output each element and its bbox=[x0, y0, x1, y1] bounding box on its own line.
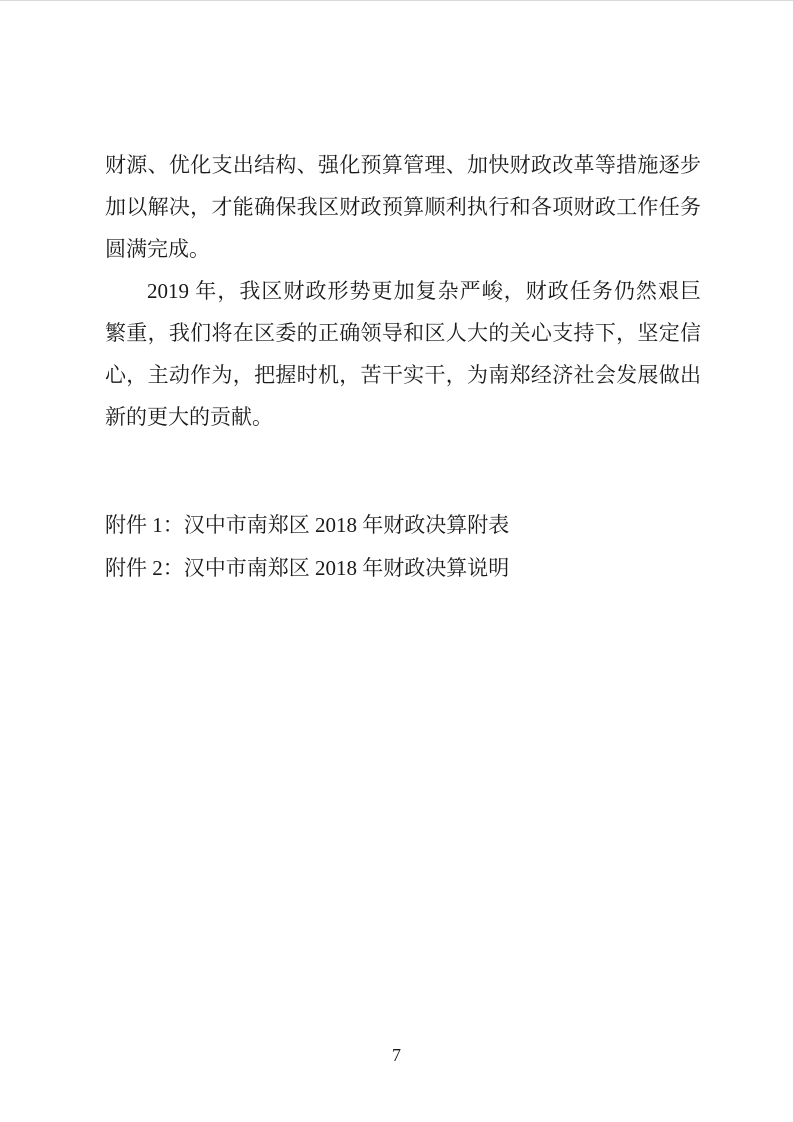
paragraph-1-line-1: 财源、优化支出结构、强化预算管理、加快财政改革等措施逐步 bbox=[105, 144, 701, 186]
body-text: 财源、优化支出结构、强化预算管理、加快财政改革等措施逐步 加以解决，才能确保我区… bbox=[105, 144, 701, 438]
paragraph-2: 2019 年，我区财政形势更加复杂严峻，财政任务仍然艰巨 繁重，我们将在区委的正… bbox=[105, 270, 701, 438]
paragraph-2-line-2: 繁重，我们将在区委的正确领导和区人大的关心支持下，坚定信 bbox=[105, 312, 701, 354]
paragraph-2-line-4: 新的更大的贡献。 bbox=[105, 396, 701, 438]
attachment-1-label: 附件 1：汉中市南郑区 2018 年财政决算附表 bbox=[105, 504, 701, 547]
paragraph-1: 财源、优化支出结构、强化预算管理、加快财政改革等措施逐步 加以解决，才能确保我区… bbox=[105, 144, 701, 270]
page-footer: 7 bbox=[0, 1044, 793, 1066]
attachments-list: 附件 1：汉中市南郑区 2018 年财政决算附表 附件 2：汉中市南郑区 201… bbox=[105, 504, 701, 590]
paragraph-2-line-3: 心，主动作为，把握时机，苦干实干，为南郑经济社会发展做出 bbox=[105, 354, 701, 396]
paragraph-1-line-2: 加以解决，才能确保我区财政预算顺利执行和各项财政工作任务 bbox=[105, 186, 701, 228]
paragraph-2-line-1: 2019 年，我区财政形势更加复杂严峻，财政任务仍然艰巨 bbox=[105, 270, 701, 312]
attachment-2-label: 附件 2：汉中市南郑区 2018 年财政决算说明 bbox=[105, 547, 701, 590]
page-number: 7 bbox=[392, 1045, 401, 1065]
paragraph-1-line-3: 圆满完成。 bbox=[105, 228, 701, 270]
document-page: 财源、优化支出结构、强化预算管理、加快财政改革等措施逐步 加以解决，才能确保我区… bbox=[0, 0, 793, 1122]
